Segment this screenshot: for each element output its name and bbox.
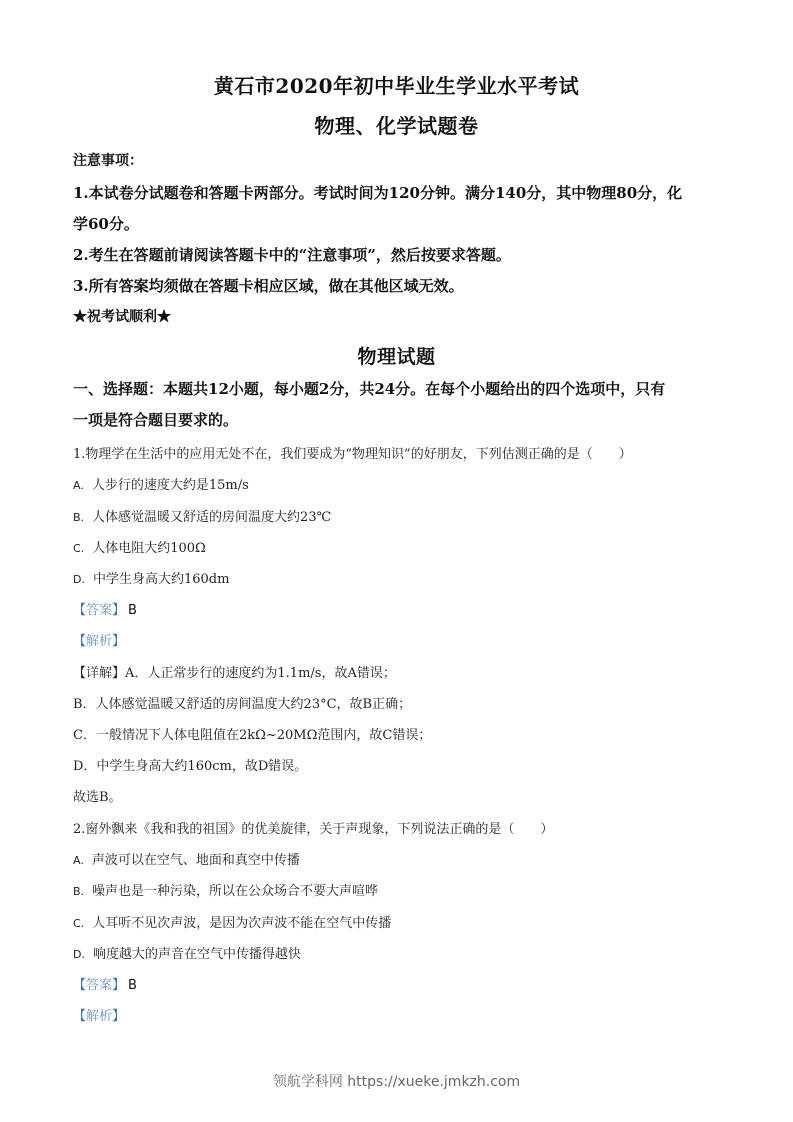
notice-item-3: 3.所有答案均须做在答题卡相应区域，做在其他区域无效。 bbox=[73, 275, 464, 296]
notice-item-2: 2.考生在答题前请阅读答题卡中的“注意事项”，然后按要求答题。 bbox=[73, 244, 511, 265]
option-letter: C. bbox=[73, 917, 84, 930]
question-2-analysis: 【解析】 bbox=[73, 1005, 125, 1024]
option-letter: B. bbox=[73, 885, 84, 898]
option-text: 人体感觉温暖又舒适的房间温度大约23℃ bbox=[92, 510, 331, 525]
detail-label: 【详解】 bbox=[73, 666, 125, 681]
question-1-option-c: C.人体电阻大约100Ω bbox=[73, 537, 206, 556]
option-letter: A. bbox=[73, 479, 84, 492]
answer-label: 答案 bbox=[86, 978, 112, 993]
question-1-conclusion: 故选B。 bbox=[73, 786, 122, 805]
option-text: 响度越大的声音在空气中传播得越快 bbox=[93, 947, 301, 962]
option-letter: B. bbox=[73, 511, 84, 524]
question-2-option-b: B.噪声也是一种污染，所以在公众场合不要大声喧哗 bbox=[73, 880, 378, 899]
exam-page: 黄石市2020年初中毕业生学业水平考试 物理、化学试题卷 注意事项： 1.本试卷… bbox=[0, 0, 793, 1122]
option-text: 人耳听不见次声波，是因为次声波不能在空气中传播 bbox=[92, 916, 391, 931]
question-2-option-a: A.声波可以在空气、地面和真空中传播 bbox=[73, 849, 300, 868]
question-2-option-c: C.人耳听不见次声波，是因为次声波不能在空气中传播 bbox=[73, 912, 391, 931]
notice-item-1-cont: 学60分。 bbox=[73, 213, 139, 234]
section-title: 物理试题 bbox=[0, 342, 793, 369]
option-letter: D. bbox=[73, 948, 85, 961]
exam-title: 黄石市2020年初中毕业生学业水平考试 bbox=[0, 70, 793, 99]
question-1-detail-d: D．中学生身高大约160cm，故D错误。 bbox=[73, 755, 307, 774]
question-1-option-a: A.人步行的速度大约是15m/s bbox=[73, 474, 249, 493]
section-instruction: 一、选择题：本题共12小题，每小题2分，共24分。在每个小题给出的四个选项中，只… bbox=[73, 378, 665, 399]
option-letter: D. bbox=[73, 573, 85, 586]
notice-heading: 注意事项： bbox=[73, 150, 143, 170]
exam-subtitle: 物理、化学试题卷 bbox=[0, 110, 793, 139]
notice-wish: ★祝考试顺利★ bbox=[73, 306, 171, 326]
option-text: 人步行的速度大约是15m/s bbox=[92, 478, 249, 493]
section-instruction-cont: 一项是符合题目要求的。 bbox=[73, 409, 238, 430]
answer-value: B bbox=[128, 978, 137, 993]
footer-watermark: 领航学科网 https://xueke.jmkzh.com bbox=[0, 1071, 793, 1091]
option-text: 声波可以在空气、地面和真空中传播 bbox=[92, 853, 300, 868]
question-1-option-d: D.中学生身高大约160dm bbox=[73, 568, 229, 587]
detail-text: A．人正常步行的速度约为1.1m/s，故A错误； bbox=[125, 666, 396, 681]
analysis-label: 解析 bbox=[86, 1009, 112, 1024]
option-letter: A. bbox=[73, 854, 84, 867]
question-1-answer: 【答案】B bbox=[73, 599, 137, 618]
option-text: 中学生身高大约160dm bbox=[93, 572, 229, 587]
notice-item-1: 1.本试卷分试题卷和答题卡两部分。考试时间为120分钟。满分140分，其中物理8… bbox=[73, 182, 682, 203]
question-2-option-d: D.响度越大的声音在空气中传播得越快 bbox=[73, 943, 301, 962]
question-1-detail-a: 【详解】A．人正常步行的速度约为1.1m/s，故A错误； bbox=[73, 662, 396, 681]
question-2-answer: 【答案】B bbox=[73, 974, 137, 993]
question-1-detail-b: B．人体感觉温暖又舒适的房间温度大约23°C，故B正确； bbox=[73, 693, 411, 712]
question-2-stem: 2.窗外飘来《我和我的祖国》的优美旋律，关于声现象，下列说法正确的是（ ） bbox=[73, 818, 553, 837]
option-text: 噪声也是一种污染，所以在公众场合不要大声喧哗 bbox=[92, 884, 378, 899]
answer-value: B bbox=[128, 603, 137, 618]
option-letter: C. bbox=[73, 542, 84, 555]
question-1-option-b: B.人体感觉温暖又舒适的房间温度大约23℃ bbox=[73, 506, 331, 525]
question-1-analysis: 【解析】 bbox=[73, 630, 125, 649]
analysis-label: 解析 bbox=[86, 634, 112, 649]
answer-label: 答案 bbox=[86, 603, 112, 618]
question-1-detail-c: C．一般情况下人体电阻值在2kΩ~20MΩ范围内，故C错误； bbox=[73, 724, 431, 743]
option-text: 人体电阻大约100Ω bbox=[92, 541, 206, 556]
question-1-stem: 1.物理学在生活中的应用无处不在，我们要成为“物理知识”的好朋友，下列估测正确的… bbox=[73, 443, 632, 462]
